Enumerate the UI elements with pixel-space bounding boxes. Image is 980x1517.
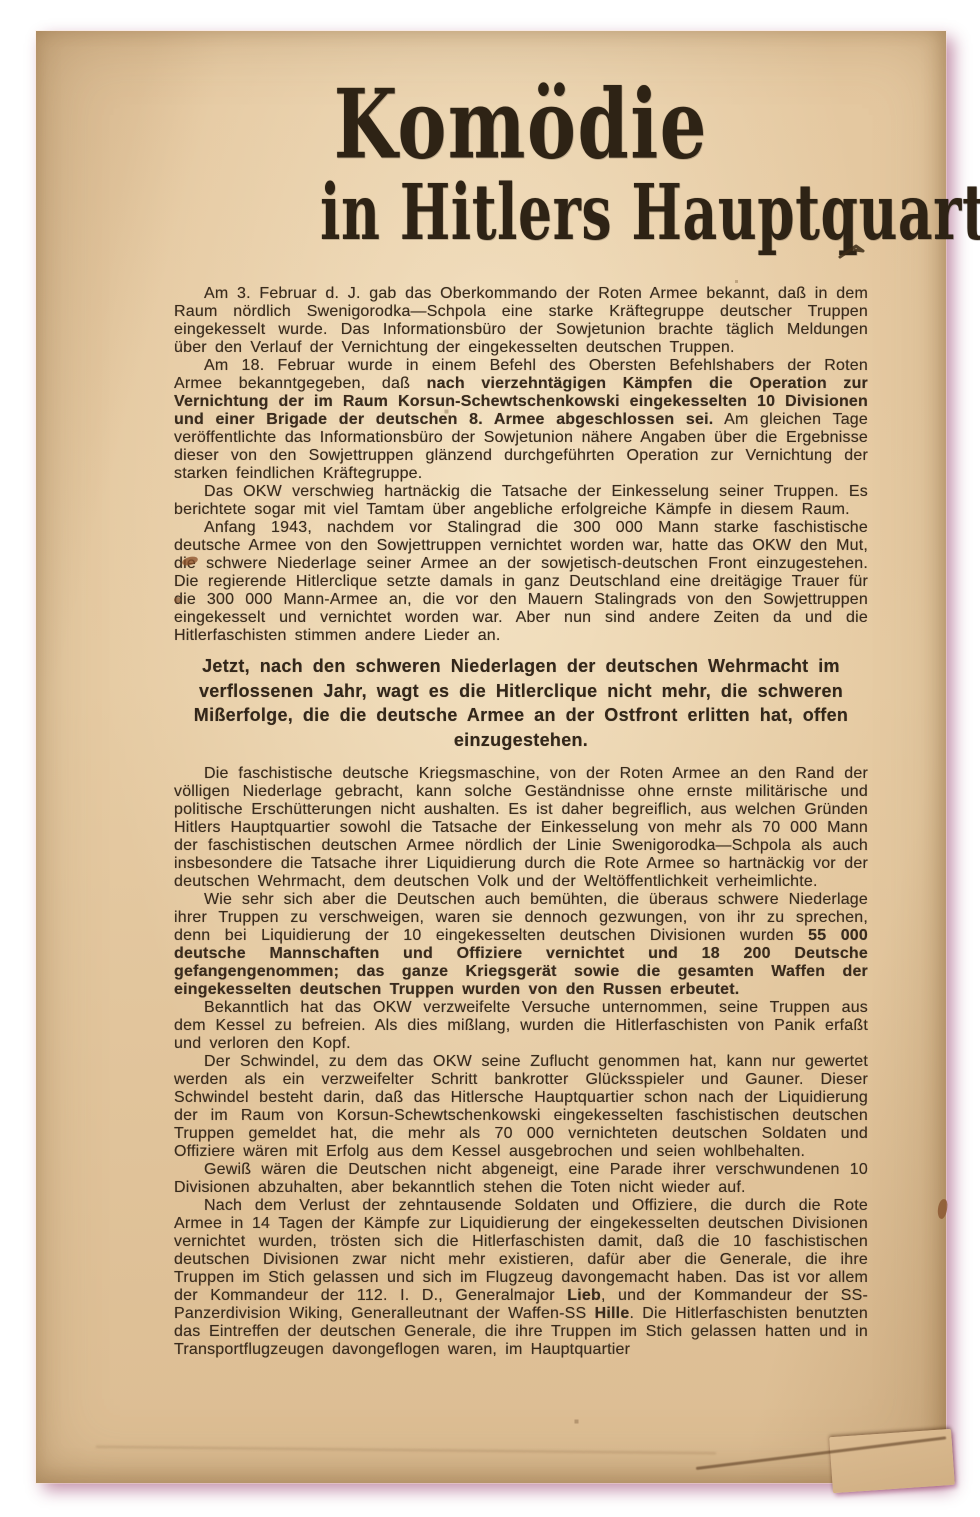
body-paragraph: Der Schwindel, zu dem das OKW seine Zufl… [174, 1053, 868, 1161]
body-paragraph: Bekanntlich hat das OKW verzweifelte Ver… [174, 999, 868, 1053]
title-line-1: Komödie [334, 78, 708, 172]
paper-specks [36, 31, 37, 32]
ink-stain [174, 597, 181, 603]
emphasis-paragraph: Jetzt, nach den schweren Niederlagen der… [174, 654, 868, 752]
body-paragraph: Die faschistische deutsche Kriegsmaschin… [174, 765, 868, 891]
paper-crease [96, 1446, 716, 1454]
body-paragraph: Gewiß wären die Deutschen nicht abgeneig… [174, 1161, 868, 1197]
edge-stain [937, 1198, 949, 1219]
scan-background: { "colors": { "background_magenta": "#e6… [0, 0, 980, 1517]
body-paragraph: Das OKW verschwieg hartnäckig die Tatsac… [174, 483, 868, 519]
title-line-2: in Hitlers Hauptquartier [320, 169, 980, 256]
text-column: Komödie in Hitlers Hauptquartier Am 3. F… [174, 79, 868, 1359]
body-paragraph: Am 18. Februar wurde in einem Befehl des… [174, 357, 868, 483]
leaflet-page: Komödie in Hitlers Hauptquartier Am 3. F… [36, 31, 946, 1483]
pen-mark-icon [838, 243, 866, 266]
body-paragraph: Anfang 1943, nachdem vor Stalingrad die … [174, 519, 868, 645]
body-paragraph: Nach dem Verlust der zehntausende Soldat… [174, 1197, 868, 1359]
leaflet-body: Am 3. Februar d. J. gab das Oberkommando… [174, 285, 868, 1359]
body-paragraph: Am 3. Februar d. J. gab das Oberkommando… [174, 285, 868, 357]
leaflet-title: Komödie in Hitlers Hauptquartier [174, 79, 868, 255]
body-paragraph: Wie sehr sich aber die Deutschen auch be… [174, 891, 868, 999]
